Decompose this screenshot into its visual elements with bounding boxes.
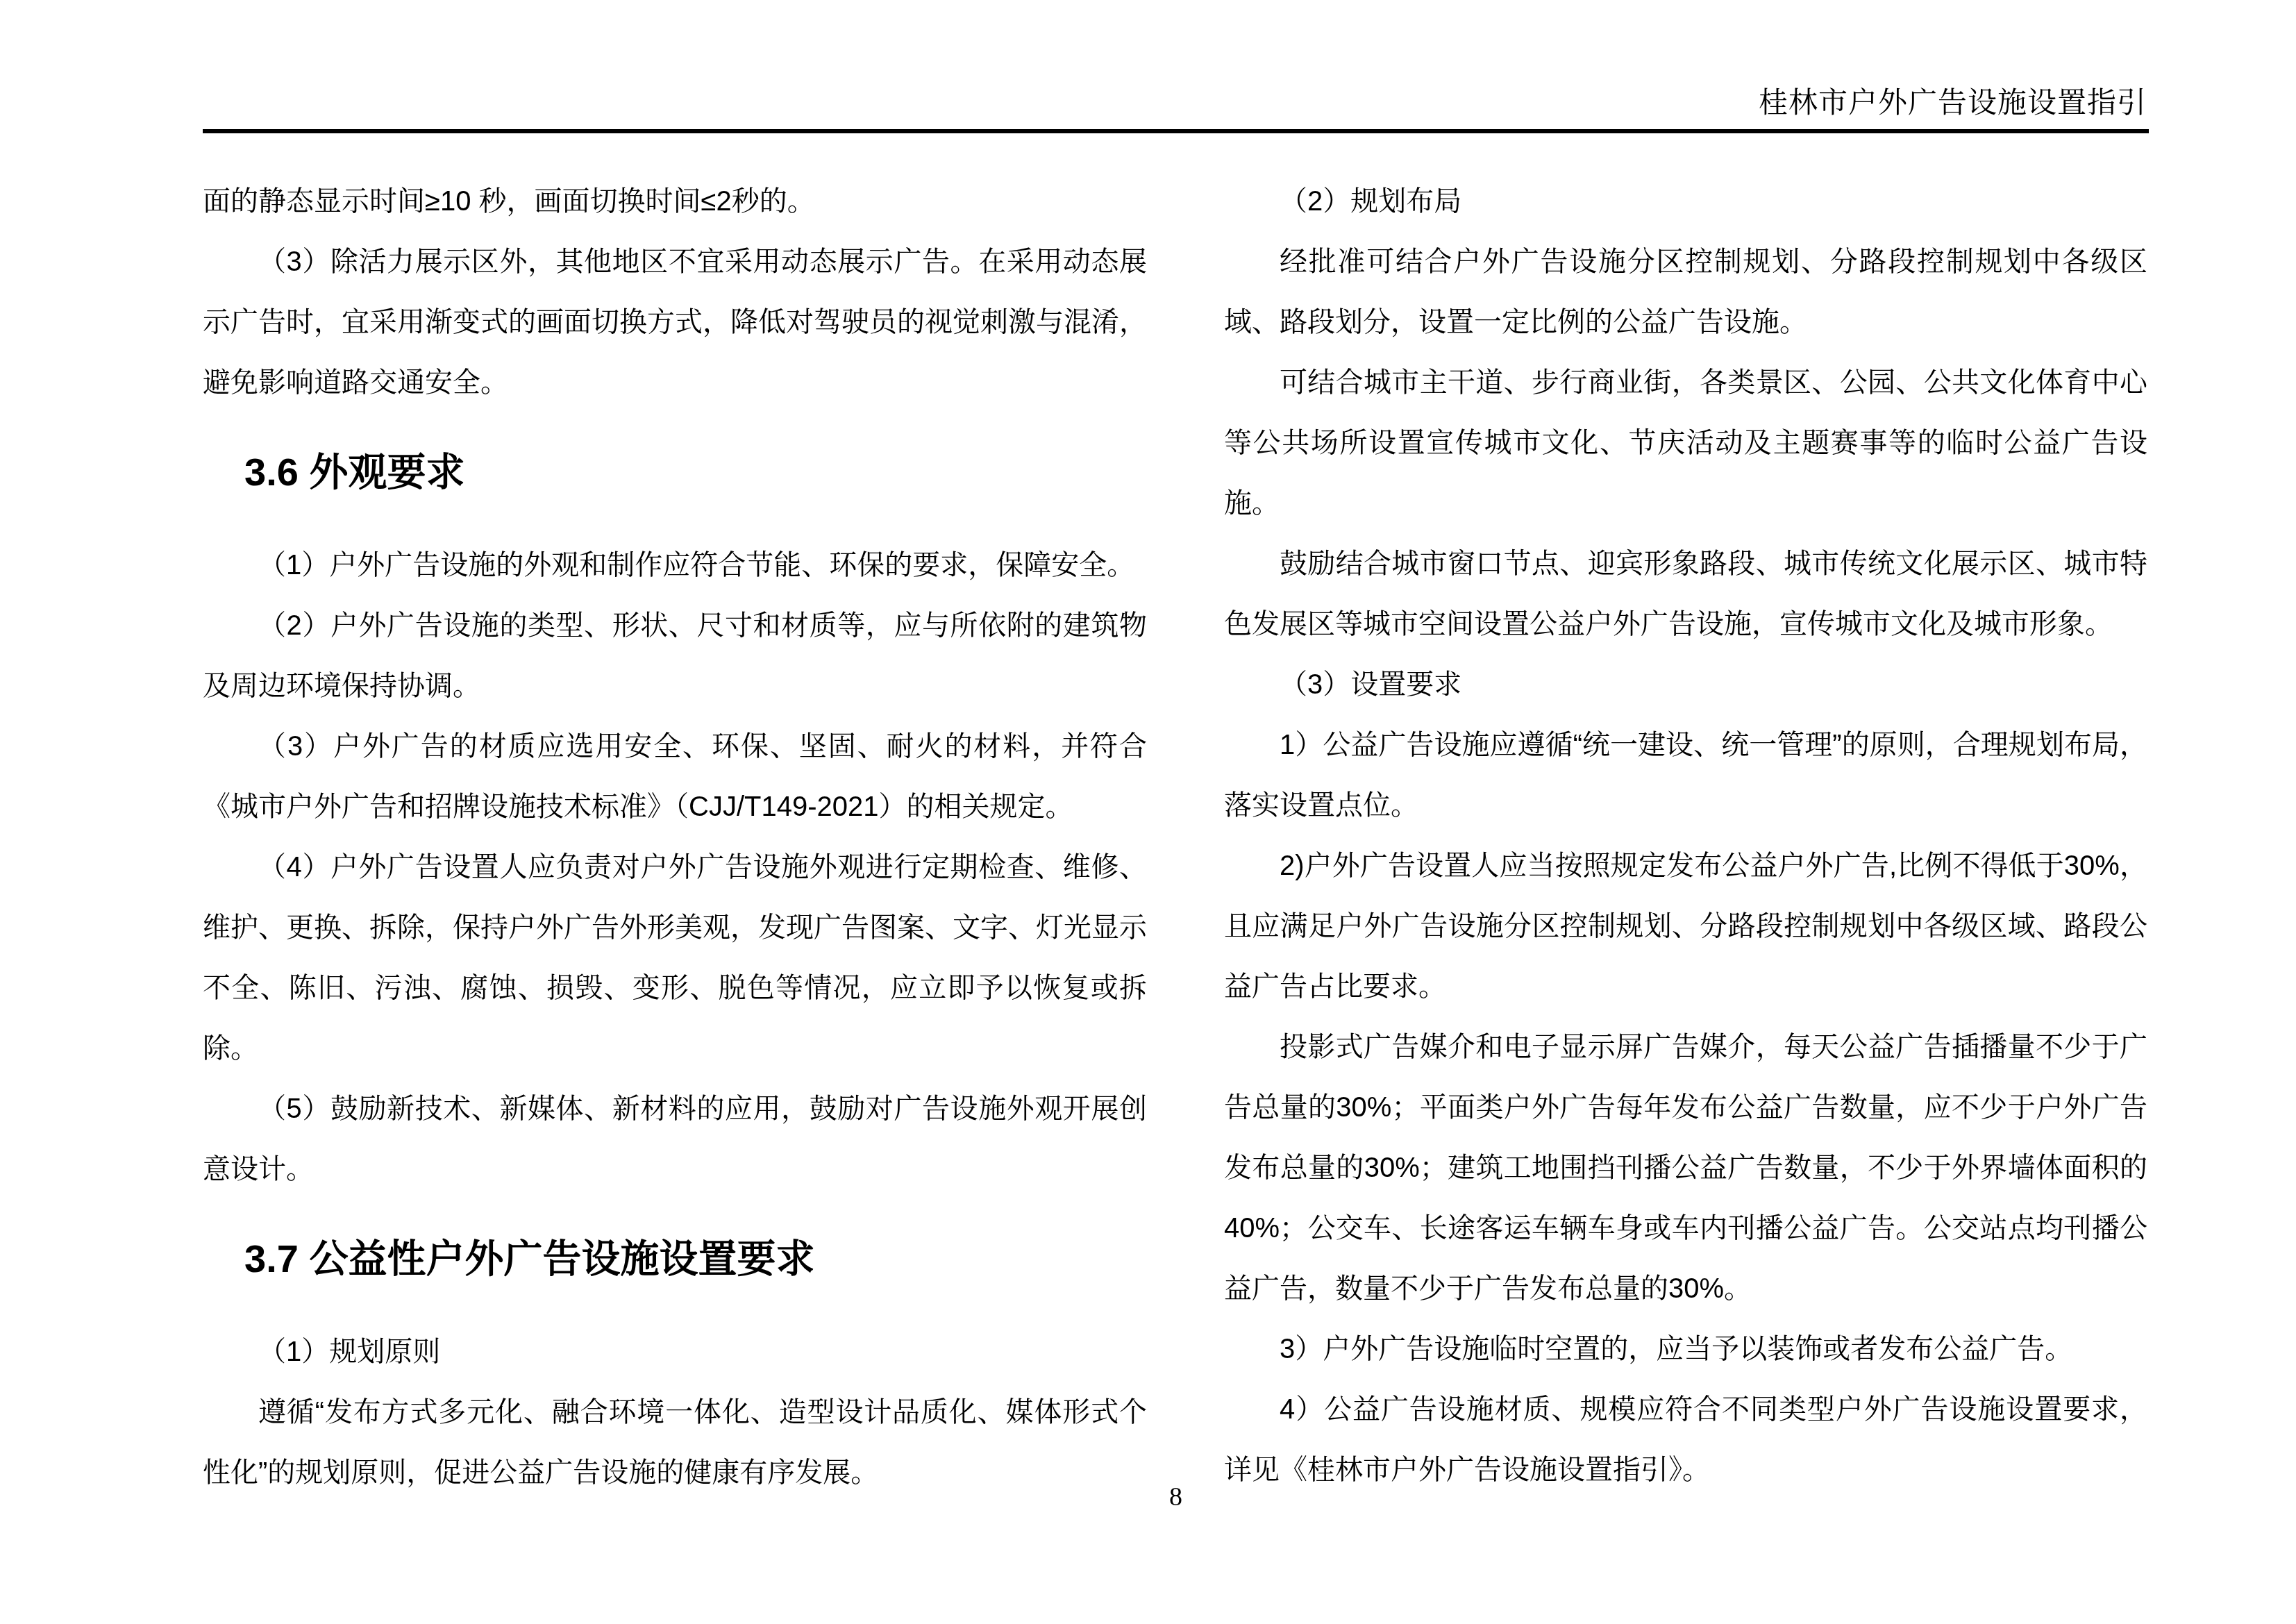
paragraph-req-media-ratios: 投影式广告媒介和电子显示屏广告媒介，每天公益广告插播量不少于广告总量的30%；平… (1224, 1017, 2147, 1319)
paragraph-item-2-type-shape: （2）户外广告设施的类型、形状、尺寸和材质等，应与所依附的建筑物及周边环境保持协… (203, 596, 1147, 717)
right-column: （2）规划布局 经批准可结合户外广告设施分区控制规划、分路段控制规划中各级区域、… (1224, 171, 2147, 1500)
paragraph-layout-city-image: 鼓励结合城市窗口节点、迎宾形象路段、城市传统文化展示区、城市特色发展区等城市空间… (1224, 534, 2147, 655)
paragraph-req-2-ratio: 2)户外广告设置人应当按照规定发布公益户外广告,比例不得低于30%，且应满足户外… (1224, 836, 2147, 1017)
paragraph-req-1-unified: 1）公益广告设施应遵循“统一建设、统一管理”的原则，合理规划布局，落实设置点位。 (1224, 715, 2147, 836)
paragraph-layout-locations: 可结合城市主干道、步行商业街，各类景区、公园、公共文化体育中心等公共场所设置宣传… (1224, 353, 2147, 534)
paragraph-setup-requirements-label: （3）设置要求 (1224, 655, 2147, 715)
paragraph-planning-principle-label: （1）规划原则 (203, 1322, 1147, 1382)
paragraph-item-3-dynamic-display: （3）除活力展示区外，其他地区不宜采用动态展示广告。在采用动态展示广告时，宜采用… (203, 232, 1147, 413)
paragraph-item-5-new-tech: （5）鼓励新技术、新媒体、新材料的应用，鼓励对广告设施外观开展创意设计。 (203, 1079, 1147, 1200)
page-number: 8 (203, 1482, 2149, 1512)
paragraph-item-3-material: （3）户外广告的材质应选用安全、环保、坚固、耐火的材料，并符合《城市户外广告和招… (203, 717, 1147, 837)
paragraph-item-1-appearance: （1）户外广告设施的外观和制作应符合节能、环保的要求，保障安全。 (203, 535, 1147, 596)
header-rule (203, 129, 2149, 133)
paragraph-req-3-vacant: 3）户外广告设施临时空置的，应当予以装饰或者发布公益广告。 (1224, 1319, 2147, 1380)
section-heading-3-6: 3.6 外观要求 (203, 441, 1147, 503)
paragraph-layout-label: （2）规划布局 (1224, 171, 2147, 232)
paragraph-continuation: 面的静态显示时间≥10 秒，画面切换时间≤2秒的。 (203, 171, 1147, 232)
paragraph-layout-zoning: 经批准可结合户外广告设施分区控制规划、分路段控制规划中各级区域、路段划分，设置一… (1224, 232, 2147, 353)
paragraph-item-4-maintenance: （4）户外广告设置人应负责对户外广告设施外观进行定期检查、维修、维护、更换、拆除… (203, 837, 1147, 1079)
left-column: 面的静态显示时间≥10 秒，画面切换时间≤2秒的。 （3）除活力展示区外，其他地… (203, 171, 1147, 1503)
header-title: 桂林市户外广告设施设置指引 (1759, 86, 2147, 119)
section-heading-3-7: 3.7 公益性户外广告设施设置要求 (203, 1228, 1147, 1290)
document-page: 桂林市户外广告设施设置指引 面的静态显示时间≥10 秒，画面切换时间≤2秒的。 … (0, 0, 2296, 1624)
